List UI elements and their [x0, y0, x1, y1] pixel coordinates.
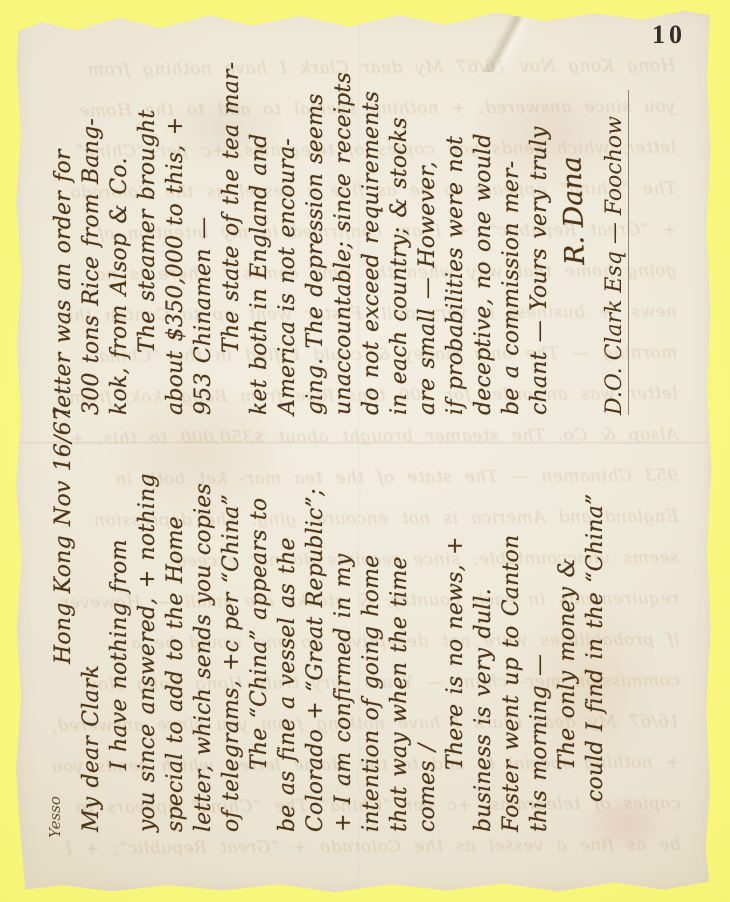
- letter-line: The state of the tea mar-: [218, 27, 246, 353]
- letter-line: The only money &: [554, 434, 582, 770]
- letter-line: chant — Yours very truly: [526, 27, 554, 415]
- letter-line: unaccountable; since receipts: [330, 27, 358, 415]
- letter-line: comes /: [414, 434, 442, 832]
- letter-page-1: Yesso Hong Kong Nov 16/67 My dear Clark …: [50, 434, 640, 832]
- letter-line: The “China” appears to: [246, 434, 274, 770]
- letter-line: of telegrams, +c per “China”: [218, 434, 246, 832]
- letter-line: special to add to the Home: [162, 434, 190, 832]
- letter-line: 953 Chinamen —: [190, 27, 218, 415]
- letter-line: Colorado + “Great Republic”;: [302, 434, 330, 832]
- letter-scan-page: { "page": { "background_color": "#f8f67b…: [0, 0, 730, 902]
- page-number: 10: [652, 20, 686, 50]
- letter-line: ging. The depression seems: [302, 27, 330, 415]
- letter-line: could I find in the “China”: [582, 434, 610, 802]
- letter-line: do not exceed requirements: [358, 27, 386, 415]
- letter-line: in each country; & stocks: [386, 27, 414, 415]
- letter-line: letter, which sends you copies: [190, 434, 218, 832]
- recipient-address: D.O. Clark Esq — Foochow: [602, 90, 629, 415]
- letter-line: this morning —: [526, 434, 554, 832]
- letter-line: are small — However,: [414, 27, 442, 415]
- letter-line: be a commission mer-: [498, 27, 526, 415]
- letter-line: intention of going home: [358, 434, 386, 832]
- letter-line: letter was an order for: [50, 27, 78, 415]
- date-line: Hong Kong Nov 16/67: [50, 434, 78, 664]
- letter-page-2: letter was an order for 300 tons Rice fr…: [50, 27, 640, 415]
- letter-line: that way when the time: [386, 434, 414, 832]
- letter-line: Foster went up to Canton: [498, 434, 526, 832]
- letter-natural-orientation: Yesso Hong Kong Nov 16/67 My dear Clark …: [44, 20, 644, 840]
- letter-line: if probabilities were not: [442, 27, 470, 415]
- docket-note: Yesso: [46, 796, 64, 838]
- letter-line: about $350,000 to this, +: [162, 27, 190, 415]
- letter-line: There is no news, +: [442, 434, 470, 770]
- rotated-letter-area: Yesso Hong Kong Nov 16/67 My dear Clark …: [44, 20, 644, 840]
- letter-line: ket both in England and: [246, 27, 274, 415]
- letter-line: deceptive, no one would: [470, 27, 498, 415]
- letter-line: you since answered, + nothing: [134, 434, 162, 832]
- letter-line: I have nothing from: [106, 434, 134, 770]
- letter-line: The steamer brought: [134, 27, 162, 353]
- letter-line: be as fine a vessel as the: [274, 434, 302, 832]
- salutation: My dear Clark: [78, 434, 106, 832]
- letter-line: America is not encoura-: [274, 27, 302, 415]
- letter-line: 300 tons Rice from Bang-: [78, 27, 106, 415]
- letter-line: + I am confirmed in my: [330, 434, 358, 832]
- paper-sheet: Hong Kong Nov 16/67 My dear Clark I have…: [14, 8, 712, 894]
- signature: R. Dana: [552, 27, 592, 266]
- letter-line: kok, from Alsop & Co.: [106, 27, 134, 415]
- letter-line: business is very dull.: [470, 434, 498, 832]
